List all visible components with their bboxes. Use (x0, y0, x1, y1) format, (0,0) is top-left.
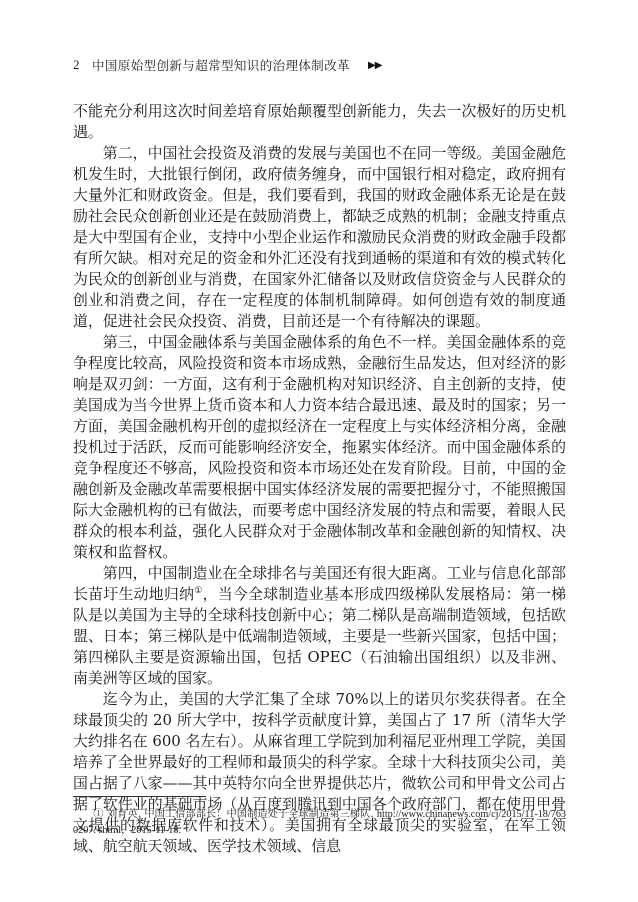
footnote-divider (73, 796, 206, 797)
paragraph-4: 第四，中国制造业在全球排名与美国还有很大距离。工业与信息化部部长苗圩生动地归纳①… (73, 563, 566, 689)
footnote-ref-link[interactable]: ① (194, 586, 202, 596)
body-text: 不能充分利用这次时间差培育原始颠覆型创新能力，失去一次极好的历史机遇。 第二，中… (73, 101, 566, 857)
page-number: 2 (73, 57, 92, 73)
page-header: 2 中国原始型创新与超常型知识的治理体制改革 ▶▶ (73, 57, 381, 73)
footnote-text: 刘育英. 中国工信部部长：中国制造处于全球制造第三梯队. (107, 809, 377, 820)
double-arrow-icon: ▶▶ (368, 60, 381, 71)
paragraph-2: 第二，中国社会投资及消费的发展与美国也不在同一等级。美国金融危机发生时，大批银行… (73, 143, 566, 332)
footnote-marker: ① (93, 809, 103, 820)
paragraph-3: 第三，中国金融体系与美国金融体系的角色不一样。美国金融体系的竞争程度比较高，风险… (73, 332, 566, 563)
footnote-date: ，2015-11-18. (121, 825, 181, 836)
footnote: ① 刘育英. 中国工信部部长：中国制造处于全球制造第三梯队. http://ww… (73, 807, 566, 839)
paragraph-1: 不能充分利用这次时间差培育原始颠覆型创新能力，失去一次极好的历史机遇。 (73, 101, 566, 143)
running-title: 中国原始型创新与超常型知识的治理体制改革 (92, 56, 350, 74)
